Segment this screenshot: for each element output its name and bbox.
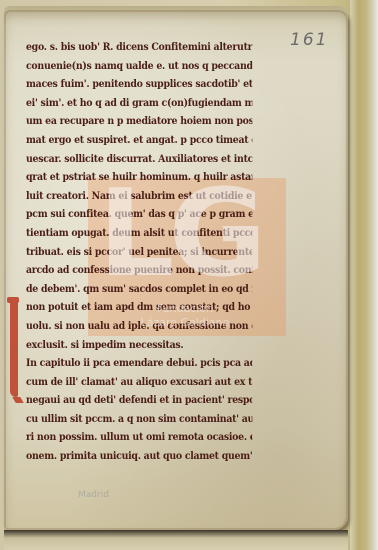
text-line: mat ergo et suspiret. et angat. p pcco t… (26, 131, 252, 150)
folio-number: 161 (290, 30, 328, 50)
text-line: cu ullim sit pccm. a q non sim contamina… (26, 410, 252, 429)
faint-pencil-note: Madrid (78, 490, 109, 500)
text-line: onem. primita unicuiq. aut quo clamet qu… (26, 447, 252, 466)
watermark-line-1: Fundación (110, 302, 260, 316)
red-initial-decoration (10, 297, 18, 397)
watermark-caption: Fundación Lázaro Galdiano (110, 302, 260, 330)
binding-strip (350, 0, 378, 550)
text-line: ego. s. bis uob' R. dicens Confitemini a… (26, 38, 252, 57)
text-line: conuenie(n)s namq ualde e. ut nos q pecc… (26, 57, 252, 76)
text-line: ri non possim. ullum ut omi remota ocasi… (26, 428, 252, 447)
text-line: ei' sim'. et ho q ad di gram c(on)fugien… (26, 94, 252, 113)
watermark-logo: LG (98, 170, 261, 300)
text-line: um ea recupare n p mediatore hoiem non p… (26, 112, 252, 131)
text-line: cum de ill' clamat' au aliquo excusari a… (26, 373, 252, 392)
page-bottom-shadow (4, 530, 348, 550)
text-line: In capitulo ii pca emendare debui. pcis … (26, 354, 252, 373)
watermark-line-2: Lázaro Galdiano (110, 316, 260, 330)
text-line: exclusit. si impedim necessitas. (26, 336, 252, 355)
text-line: negaui au qd deti' defendi et in pacient… (26, 391, 252, 410)
text-line: maces fuim'. penitendo supplices sacdoti… (26, 75, 252, 94)
